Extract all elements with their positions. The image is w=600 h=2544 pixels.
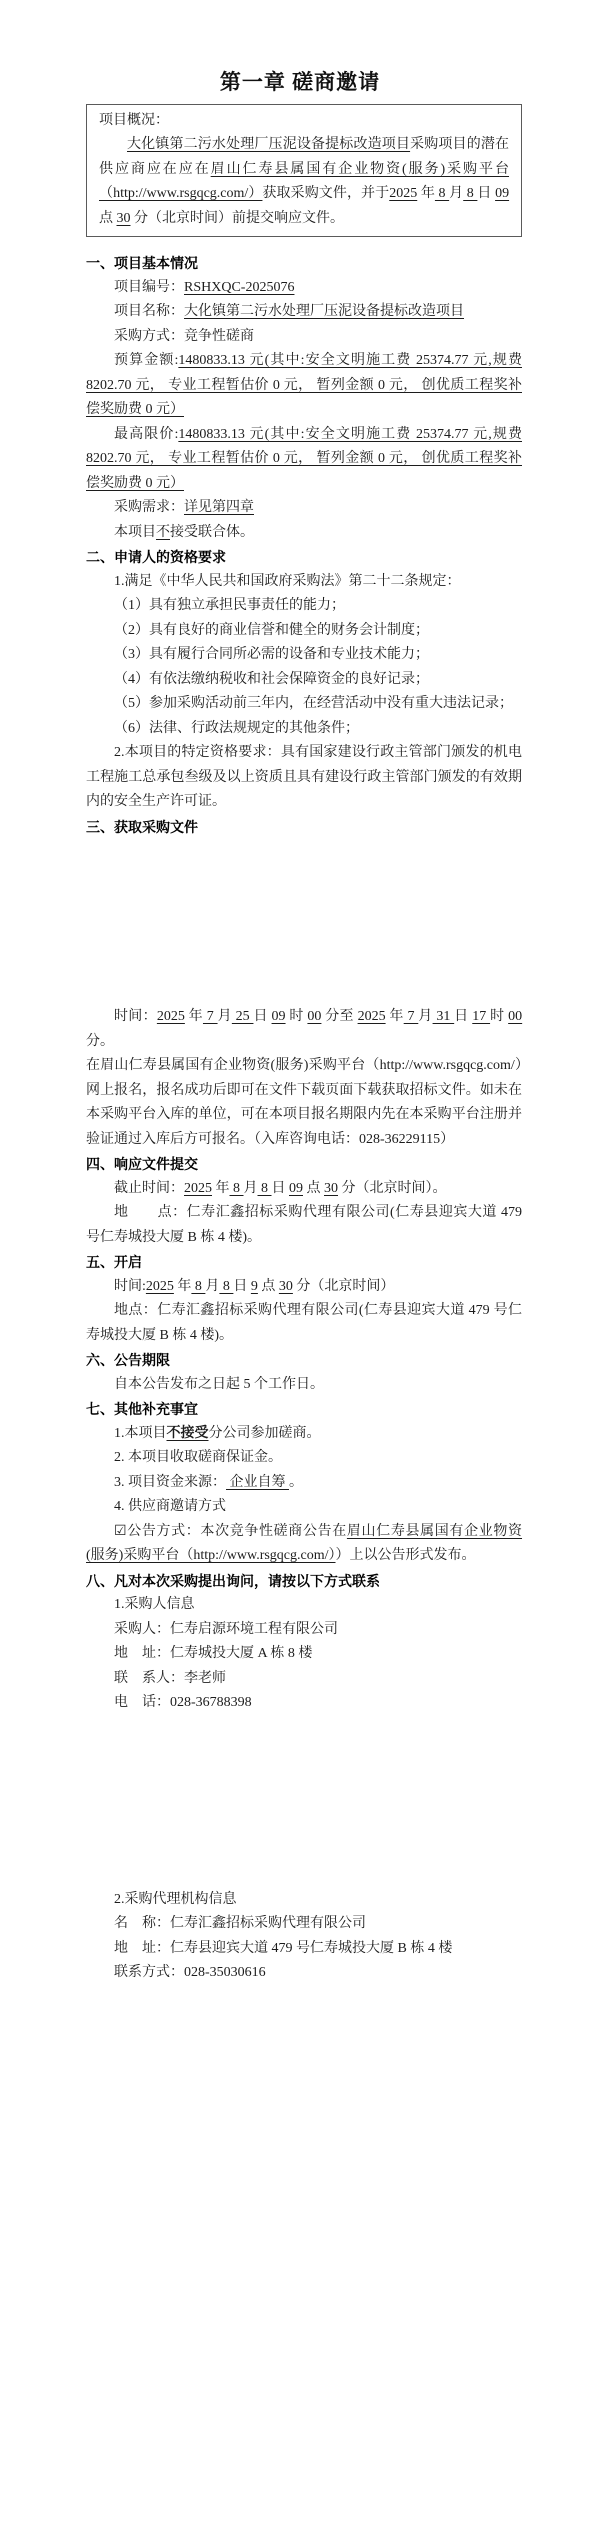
text-segment: 本项目	[114, 525, 156, 540]
text-segment: 分（北京时间）前提交响应文件。	[131, 211, 345, 226]
text-segment: 预算金额:	[114, 353, 178, 368]
section-heading: 八、凡对本次采购提出询问，请按以下方式联系	[86, 1569, 522, 1594]
text-segment: 年	[386, 1009, 404, 1024]
text-segment: 年	[174, 1279, 192, 1294]
text-segment: （1）具有独立承担民事责任的能力；	[114, 598, 345, 613]
text-segment: 点	[303, 1181, 324, 1196]
text-segment: 截止时间：	[114, 1181, 184, 1196]
text-segment: 1.采购人信息	[114, 1597, 195, 1612]
text-segment: 八、凡对本次采购提出询问，请按以下方式联系	[86, 1573, 380, 1589]
paragraph-line: 时间：2025 年 7 月 25 日 09 时 00 分至 2025 年 7 月…	[86, 1005, 522, 1054]
paragraph-line: 在眉山仁寿县属国有企业物资(服务)采购平台（http://www.rsgqcg.…	[86, 1054, 522, 1152]
paragraph-line: 名 称：仁寿汇鑫招标采购代理有限公司	[86, 1912, 522, 1937]
section-heading: 一、项目基本情况	[86, 251, 522, 276]
underlined-text: 30	[279, 1279, 293, 1294]
text-segment: 采购人：仁寿启源环境工程有限公司	[114, 1622, 338, 1637]
text-segment: 分至	[321, 1009, 357, 1024]
paragraph-line: ☑公告方式：本次竞争性磋商公告在眉山仁寿县属国有企业物资(服务)采购平台（htt…	[86, 1520, 522, 1569]
underlined-text: RSHXQC-2025076	[184, 280, 294, 295]
text-segment: 月	[244, 1181, 258, 1196]
text-segment: 月	[449, 186, 463, 201]
text-segment: 自本公告发布之日起 5 个工作日。	[114, 1377, 324, 1392]
text-segment: 2.本项目的特定资格要求：具有国家建设行政主管部门颁发的机电工程施工总承包叁级及…	[86, 745, 522, 809]
underlined-text: 大化镇第二污水处理厂压泥设备提标改造项目	[127, 137, 410, 152]
paragraph-line: 2.采购代理机构信息	[86, 1888, 522, 1913]
paragraph-line: 联 系人：李老师	[86, 1667, 522, 1692]
section-heading: 四、响应文件提交	[86, 1152, 522, 1177]
underlined-text: 09	[272, 1009, 286, 1024]
text-segment: 采购方式：竞争性磋商	[114, 329, 254, 344]
underlined-text: 2025	[146, 1279, 174, 1294]
paragraph-line: 采购人：仁寿启源环境工程有限公司	[86, 1618, 522, 1643]
underlined-text: 09	[495, 186, 509, 201]
paragraph-line: （2）具有良好的商业信誉和健全的财务会计制度；	[86, 619, 522, 644]
text-segment: （4）有依法缴纳税收和社会保障资金的良好记录；	[114, 672, 429, 687]
text-segment: 日	[253, 1009, 271, 1024]
text-segment: 最高限价:	[114, 427, 178, 442]
paragraph-line: 3. 项目资金来源： 企业自筹 。	[86, 1471, 522, 1496]
text-segment: 2.采购代理机构信息	[114, 1892, 237, 1907]
paragraph-line: （1）具有独立承担民事责任的能力；	[86, 594, 522, 619]
text-segment: 月	[418, 1009, 432, 1024]
text-segment: 分。	[86, 1034, 114, 1049]
text-segment: 1.本项目	[114, 1426, 167, 1441]
underlined-text: 8	[463, 186, 477, 201]
underlined-text: 不	[156, 525, 170, 540]
text-segment: 地 址：仁寿县迎宾大道 479 号仁寿城投大厦 B 栋 4 楼	[114, 1941, 452, 1956]
underlined-text: 8	[258, 1181, 272, 1196]
underlined-text: 2025	[157, 1009, 185, 1024]
underlined-text: 大化镇第二污水处理厂压泥设备提标改造项目	[184, 304, 464, 319]
paragraph-line: 地点：仁寿汇鑫招标采购代理有限公司(仁寿县迎宾大道 479 号仁寿城投大厦 B …	[86, 1299, 522, 1348]
underlined-text: 8	[219, 1279, 233, 1294]
paragraph-line: （3）具有履行合同所必需的设备和专业技术能力；	[86, 643, 522, 668]
underlined-text: 8	[191, 1279, 205, 1294]
section-heading: 三、获取采购文件	[86, 815, 522, 840]
text-segment: 三、获取采购文件	[86, 819, 198, 835]
underlined-text: 7	[404, 1009, 419, 1024]
text-segment: 项目编号：	[114, 280, 184, 295]
underlined-text: 30	[324, 1181, 338, 1196]
paragraph-line: 本项目不接受联合体。	[86, 521, 522, 546]
section-heading: 七、其他补充事宜	[86, 1397, 522, 1422]
underlined-text: 00	[508, 1009, 522, 1024]
underlined-text: 2025	[358, 1009, 386, 1024]
paragraph-line: 地 址：仁寿城投大厦 A 栋 8 楼	[86, 1642, 522, 1667]
text-segment: 点	[258, 1279, 279, 1294]
text-segment: 联系方式：028-35030616	[114, 1965, 266, 1980]
underlined-text: 09	[289, 1181, 303, 1196]
text-segment: 3. 项目资金来源：	[114, 1475, 226, 1490]
text-segment: （5）参加采购活动前三年内，在经营活动中没有重大违法记录；	[114, 696, 513, 711]
underlined-text: 9	[251, 1279, 258, 1294]
underlined-text: 31	[433, 1009, 455, 1024]
paragraph-line: 自本公告发布之日起 5 个工作日。	[86, 1373, 522, 1398]
paragraph-line: 项目编号：RSHXQC-2025076	[86, 276, 522, 301]
paragraph-line: 预算金额:1480833.13 元(其中:安全文明施工费 25374.77 元,…	[86, 349, 522, 423]
text-segment: 名 称：仁寿汇鑫招标采购代理有限公司	[114, 1916, 366, 1931]
text-segment: 年	[417, 186, 435, 201]
text-segment: 六、公告期限	[86, 1352, 170, 1368]
underlined-text: 30	[117, 211, 131, 226]
overview-label: 项目概况：	[99, 109, 509, 133]
text-segment: 一、项目基本情况	[86, 255, 198, 271]
text-segment: 采购需求：	[114, 500, 184, 515]
paragraph-line: 截止时间：2025 年 8 月 8 日 09 点 30 分（北京时间）。	[86, 1177, 522, 1202]
text-segment: 点	[99, 211, 117, 226]
paragraph-line: （4）有依法缴纳税收和社会保障资金的良好记录；	[86, 668, 522, 693]
text-segment: 日	[272, 1181, 290, 1196]
underlined-text: 详见第四章	[184, 500, 254, 515]
underlined-text: 企业自筹	[226, 1475, 289, 1490]
paragraph-line: （5）参加采购活动前三年内，在经营活动中没有重大违法记录；	[86, 692, 522, 717]
underlined-text: 25	[232, 1009, 254, 1024]
text-segment: 联 系人：李老师	[114, 1671, 226, 1686]
paragraph-line: 2. 本项目收取磋商保证金。	[86, 1446, 522, 1471]
text-segment: 年	[212, 1181, 230, 1196]
text-segment: 地点：仁寿汇鑫招标采购代理有限公司(仁寿县迎宾大道 479 号仁寿城投大厦 B …	[86, 1303, 522, 1343]
underlined-text: 2025	[389, 186, 417, 201]
underlined-text: 2025	[184, 1181, 212, 1196]
underlined-text: 7	[203, 1009, 218, 1024]
text-segment: 分公司参加磋商。	[209, 1426, 321, 1441]
text-segment: 时	[490, 1009, 508, 1024]
text-segment: 时	[286, 1009, 308, 1024]
text-segment: 月	[205, 1279, 219, 1294]
text-segment: 月	[218, 1009, 232, 1024]
paragraph-line: 1.满足《中华人民共和国政府采购法》第二十二条规定：	[86, 570, 522, 595]
text-segment: 地 址：仁寿城投大厦 A 栋 8 楼	[114, 1646, 312, 1661]
bold-underlined-text: 不接受	[167, 1426, 209, 1441]
paragraph-line: 2.本项目的特定资格要求：具有国家建设行政主管部门颁发的机电工程施工总承包叁级及…	[86, 741, 522, 815]
text-segment: 公告方式：本次竞争性磋商公告在	[127, 1524, 347, 1539]
section-heading: 二、申请人的资格要求	[86, 545, 522, 570]
section-heading: 五、开启	[86, 1250, 522, 1275]
paragraph-line: （6）法律、行政法规规定的其他条件；	[86, 717, 522, 742]
paragraph-line: 1.采购人信息	[86, 1593, 522, 1618]
text-segment: 四、响应文件提交	[86, 1156, 198, 1172]
underlined-text: 8	[435, 186, 449, 201]
text-segment: 七、其他补充事宜	[86, 1401, 198, 1417]
paragraph-line: 采购需求：详见第四章	[86, 496, 522, 521]
paragraph-line: 地 址：仁寿县迎宾大道 479 号仁寿城投大厦 B 栋 4 楼	[86, 1937, 522, 1962]
text-segment: （6）法律、行政法规规定的其他条件；	[114, 721, 359, 736]
paragraph-line: 最高限价:1480833.13 元(其中:安全文明施工费 25374.77 元,…	[86, 423, 522, 497]
paragraph-line: 地 点：仁寿汇鑫招标采购代理有限公司(仁寿县迎宾大道 479 号仁寿城投大厦 B…	[86, 1201, 522, 1250]
text-segment: 获取采购文件，并于	[262, 186, 389, 201]
text-segment: 1.满足《中华人民共和国政府采购法》第二十二条规定：	[114, 574, 461, 589]
text-segment: 电 话：028-36788398	[114, 1695, 252, 1710]
paragraph-line: 电 话：028-36788398	[86, 1691, 522, 1716]
paragraph-line: 时间:2025 年 8 月 8 日 9 点 30 分（北京时间）	[86, 1275, 522, 1300]
text-segment: 日	[454, 1009, 472, 1024]
overview-paragraph: 大化镇第二污水处理厂压泥设备提标改造项目采购项目的潜在供应商应在应在眉山仁寿县属…	[99, 133, 509, 231]
text-segment: 分（北京时间）。	[338, 1181, 447, 1196]
paragraph-line: 4. 供应商邀请方式	[86, 1495, 522, 1520]
text-segment: 年	[185, 1009, 203, 1024]
text-segment: 时间:	[114, 1279, 146, 1294]
chapter-title: 第一章 磋商邀请	[0, 66, 600, 96]
text-segment: 地 点：仁寿汇鑫招标采购代理有限公司(仁寿县迎宾大道 479 号仁寿城投大厦 B…	[86, 1205, 522, 1245]
text-segment: 时间：	[114, 1009, 157, 1024]
text-segment: 日	[233, 1279, 251, 1294]
vertical-gap	[86, 1716, 522, 1888]
paragraph-line: 联系方式：028-35030616	[86, 1961, 522, 1986]
paragraph-line: 1.本项目不接受分公司参加磋商。	[86, 1422, 522, 1447]
text-segment: ）上以公告形式发布。	[336, 1548, 476, 1563]
text-segment: 分（北京时间）	[293, 1279, 395, 1294]
text-segment: 在眉山仁寿县属国有企业物资(服务)采购平台（http://www.rsgqcg.…	[86, 1058, 522, 1147]
text-segment: 项目名称：	[114, 304, 184, 319]
document-body: 一、项目基本情况项目编号：RSHXQC-2025076项目名称：大化镇第二污水处…	[86, 237, 522, 1986]
paragraph-line: 项目名称：大化镇第二污水处理厂压泥设备提标改造项目	[86, 300, 522, 325]
text-segment: 五、开启	[86, 1254, 142, 1270]
text-segment: 接受联合体。	[170, 525, 254, 540]
text-segment: 4. 供应商邀请方式	[114, 1499, 226, 1514]
section-heading: 六、公告期限	[86, 1348, 522, 1373]
text-segment: （2）具有良好的商业信誉和健全的财务会计制度；	[114, 623, 429, 638]
text-segment: （3）具有履行合同所必需的设备和专业技术能力；	[114, 647, 429, 662]
underlined-text: 17	[472, 1009, 490, 1024]
paragraph-line: 采购方式：竞争性磋商	[86, 325, 522, 350]
vertical-gap	[86, 839, 522, 1005]
document-page: 第一章 磋商邀请 项目概况： 大化镇第二污水处理厂压泥设备提标改造项目采购项目的…	[0, 0, 600, 2544]
checked-checkbox-icon: ☑	[114, 1524, 127, 1539]
text-segment: 日	[477, 186, 495, 201]
underlined-text: 8	[230, 1181, 244, 1196]
text-segment: 2. 本项目收取磋商保证金。	[114, 1450, 282, 1465]
text-segment: 。	[289, 1475, 303, 1490]
text-segment: 二、申请人的资格要求	[86, 549, 226, 565]
underlined-text: 00	[307, 1009, 321, 1024]
project-overview-box: 项目概况： 大化镇第二污水处理厂压泥设备提标改造项目采购项目的潜在供应商应在应在…	[86, 104, 522, 237]
